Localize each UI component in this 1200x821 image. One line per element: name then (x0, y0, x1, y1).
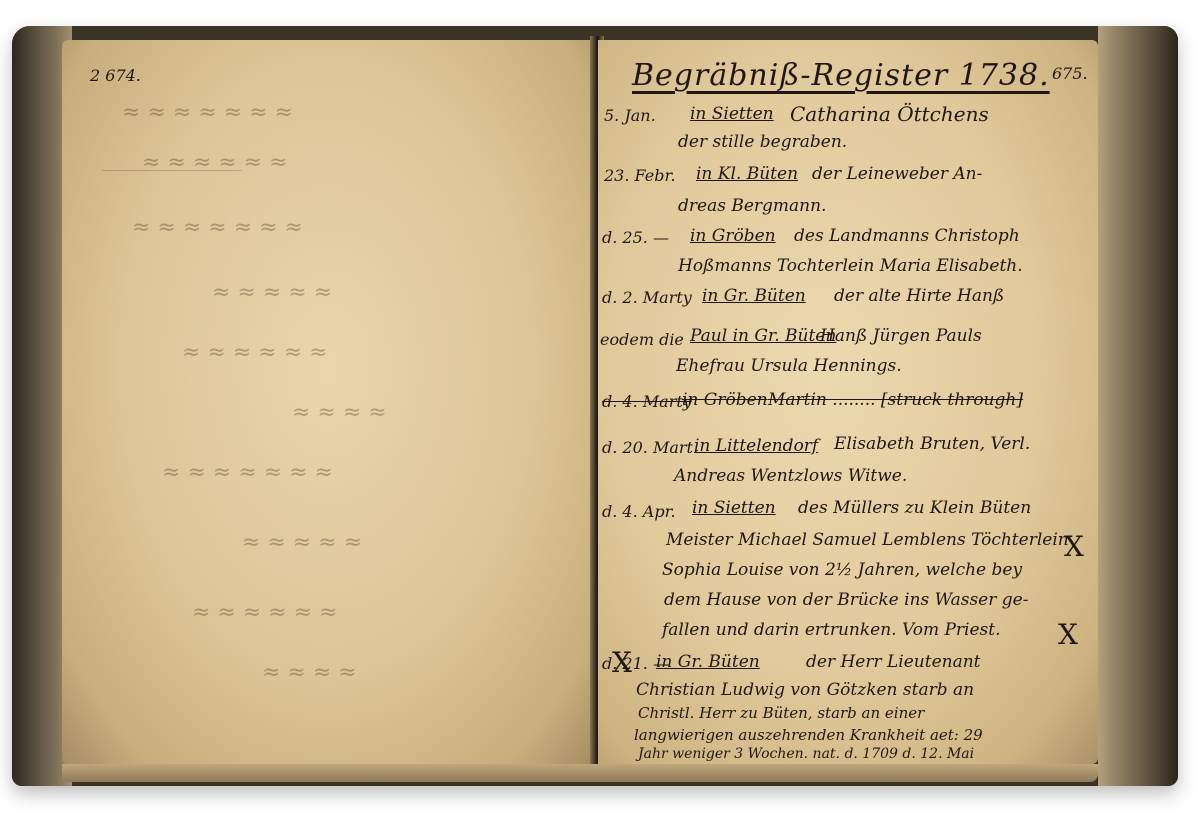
entry-date: 23. Febr. (604, 166, 675, 185)
entry-continuation: dreas Bergmann. (678, 196, 826, 216)
bleed-through-text: ≈ ≈ ≈ ≈ ≈ ≈ (192, 600, 338, 625)
page-bottom-edge (62, 764, 1098, 782)
entry-place: in Kl. Büten (696, 164, 798, 184)
bleed-through-text: ≈ ≈ ≈ ≈ ≈ ≈ (182, 340, 328, 365)
struck-entry-place: in Gröben (682, 390, 768, 410)
entry-place: in Sietten (692, 498, 776, 518)
right-page-stack-edge (1098, 26, 1178, 786)
entry-text: der Herr Lieutenant (806, 652, 981, 672)
entry-text: des Müllers zu Klein Büten (798, 498, 1031, 518)
struck-entry-text: Martin ........ [struck through] (768, 390, 1023, 410)
open-book: 2 674. ≈ ≈ ≈ ≈ ≈ ≈ ≈ ≈ ≈ ≈ ≈ ≈ ≈ ≈ ≈ ≈ ≈… (12, 26, 1178, 786)
entry-date: d. 4. Apr. (602, 502, 676, 521)
entry-continuation: Meister Michael Samuel Lemblens Töchterl… (666, 530, 1069, 550)
bleed-through-text: ≈ ≈ ≈ ≈ ≈ ≈ ≈ (122, 100, 293, 125)
entry-continuation: Christian Ludwig von Götzken starb an (636, 680, 974, 700)
left-page: 2 674. ≈ ≈ ≈ ≈ ≈ ≈ ≈ ≈ ≈ ≈ ≈ ≈ ≈ ≈ ≈ ≈ ≈… (62, 40, 594, 764)
entry-date: eodem die (600, 330, 684, 349)
entry-continuation: fallen und darin ertrunken. Vom Priest. (662, 620, 1001, 640)
entry-text: der alte Hirte Hanß (834, 286, 1004, 306)
entry-place: in Gröben (690, 226, 776, 246)
entry-place: in Littelendorf (694, 436, 818, 456)
register-title: Begräbniß-Register 1738. (632, 58, 1050, 93)
entry-date: 5. Jan. (604, 106, 656, 125)
entry-text: Catharina Öttchens (790, 102, 989, 126)
entry-continuation: Hoßmanns Tochterlein Maria Elisabeth. (678, 256, 1023, 276)
entry-continuation: Jahr weniger 3 Wochen. nat. d. 1709 d. 1… (638, 746, 974, 762)
bleed-through-text: ≈ ≈ ≈ ≈ ≈ ≈ (142, 150, 288, 175)
bleed-through-text: ≈ ≈ ≈ ≈ (262, 660, 357, 685)
margin-x-mark: X (1064, 530, 1084, 563)
entry-continuation: Sophia Louise von 2½ Jahren, welche bey (662, 560, 1022, 580)
entry-continuation: Ehefrau Ursula Hennings. (676, 356, 902, 376)
entry-place: in Gr. Büten (702, 286, 806, 306)
bleed-through-text: ≈ ≈ ≈ ≈ ≈ (242, 530, 362, 555)
entry-date: d. 2. Marty (602, 288, 692, 307)
entry-date: d. 20. Mart. (602, 438, 698, 457)
entry-continuation: Andreas Wentzlows Witwe. (674, 466, 907, 486)
entry-text: der Leineweber An- (812, 164, 982, 184)
bleed-through-text: ≈ ≈ ≈ ≈ (292, 400, 387, 425)
margin-x-mark: X (612, 646, 632, 679)
margin-x-mark: X (1058, 618, 1078, 651)
bleed-through-text: ≈ ≈ ≈ ≈ ≈ ≈ ≈ (132, 215, 303, 240)
bleed-through-text: ≈ ≈ ≈ ≈ ≈ ≈ ≈ (162, 460, 333, 485)
entry-continuation: dem Hause von der Brücke ins Wasser ge- (664, 590, 1028, 610)
entry-text: Elisabeth Bruten, Verl. (834, 434, 1030, 454)
entry-text: des Landmanns Christoph (794, 226, 1020, 246)
left-page-number: 2 674. (90, 66, 141, 85)
entry-continuation: langwierigen auszehrenden Krankheit aet:… (634, 726, 983, 744)
entry-place: in Sietten (690, 104, 774, 124)
entry-continuation: der stille begraben. (678, 132, 847, 152)
entry-text: Hanß Jürgen Pauls (820, 326, 982, 346)
bleed-through-text: ≈ ≈ ≈ ≈ ≈ (212, 280, 332, 305)
entry-place: in Gr. Büten (656, 652, 760, 672)
right-page: Begräbniß-Register 1738. 675. 5. Jan. in… (598, 40, 1098, 764)
struck-entry-date: d. 4. Marty (602, 392, 692, 411)
entry-continuation: Christl. Herr zu Büten, starb an einer (638, 704, 924, 722)
entry-date: d. 25. — (602, 228, 669, 247)
entry-place: Paul in Gr. Büten (690, 326, 836, 346)
right-page-number: 675. (1052, 64, 1088, 83)
